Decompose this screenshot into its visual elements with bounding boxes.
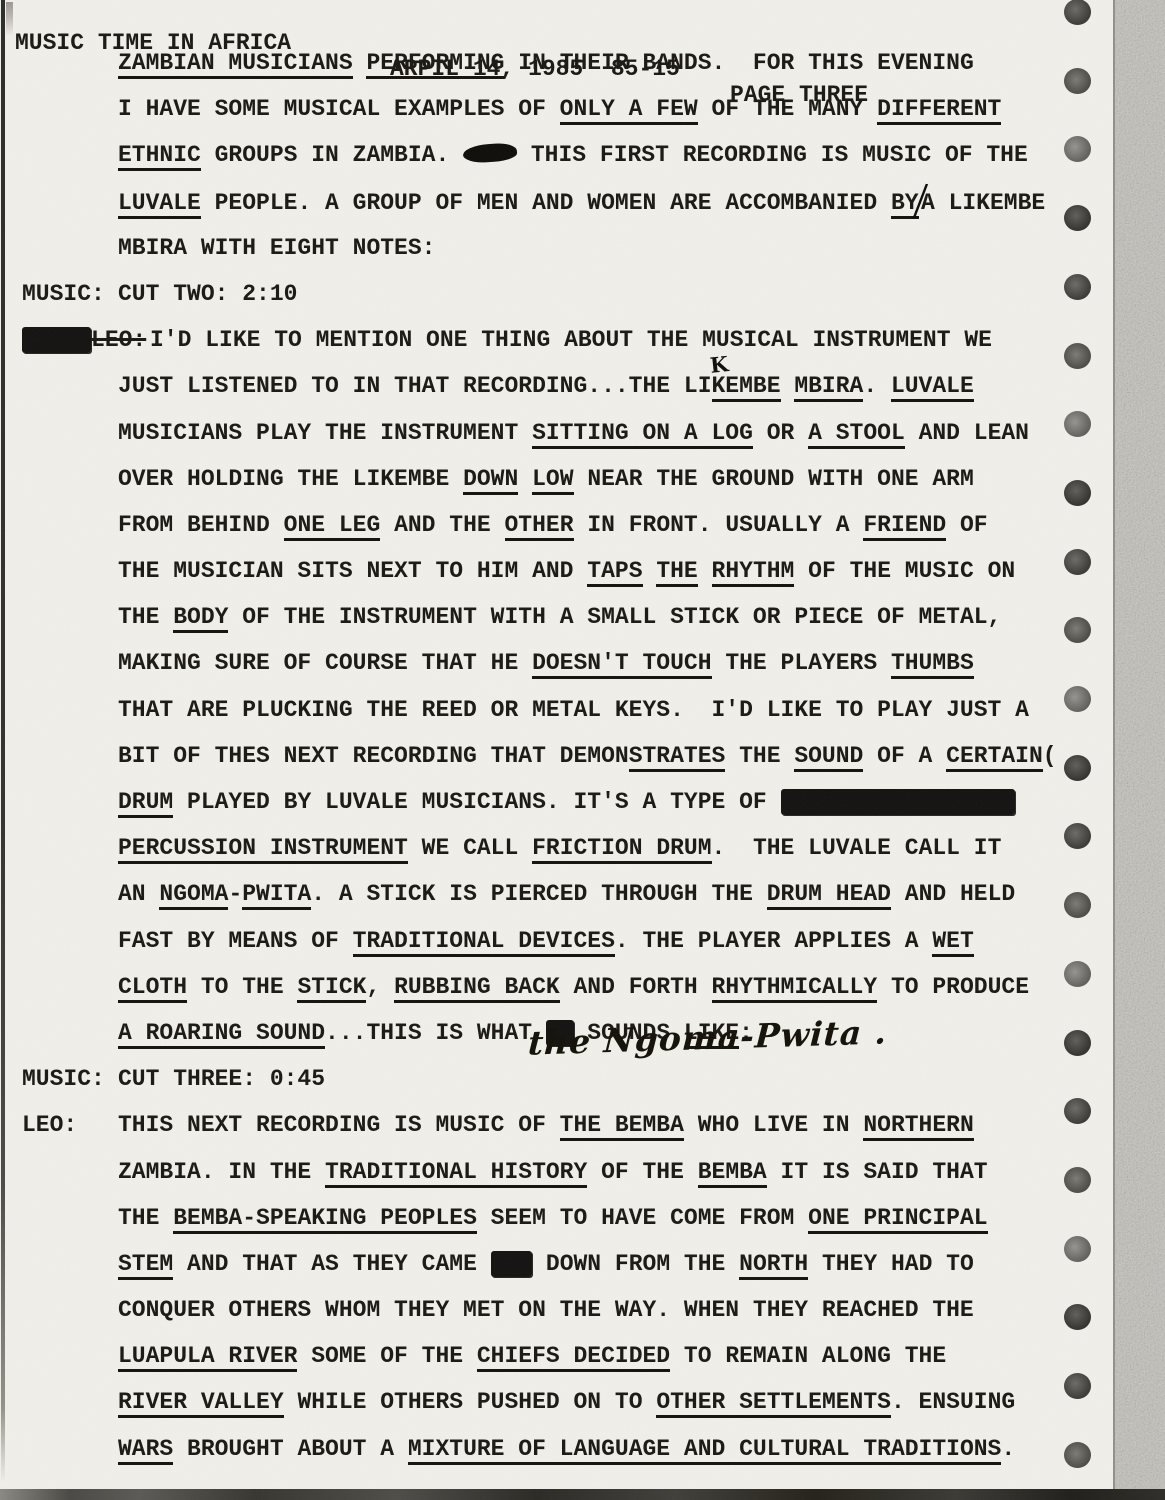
text-segment: OR	[753, 420, 808, 446]
text-segment: OF THE MUSIC ON	[794, 558, 1015, 584]
underlined-text: DOWN	[463, 466, 518, 495]
text-segment: ...THIS IS WHAT	[325, 1020, 546, 1046]
underlined-text: BEMBA-SPEAKING PEOPLES	[173, 1205, 477, 1234]
underlined-text: ZAMBIAN MUSICIANS	[118, 50, 353, 79]
text-segment	[643, 558, 657, 584]
noise-texture	[1115, 0, 1165, 1500]
script-line: OVER HOLDING THE LIKEMBE DOWN LOW NEAR T…	[0, 456, 1120, 502]
script-line: MBIRA WITH EIGHT NOTES:	[0, 225, 1120, 271]
text-segment: . THE PLAYER APPLIES A	[615, 928, 932, 954]
text-segment: .	[1001, 1436, 1015, 1462]
underlined-text: MBIRA	[794, 373, 863, 402]
text-segment: SEEM TO HAVE COME FROM	[477, 1205, 808, 1231]
underlined-text: KEMBE	[712, 373, 781, 402]
text-segment: WHO LIVE IN	[684, 1112, 863, 1138]
scanned-document-page: MUSIC TIME IN AFRICA ARPIL 14, 1985 85-1…	[0, 0, 1165, 1500]
text-segment: OF THE INSTRUMENT WITH A SMALL STICK OR …	[228, 604, 1001, 630]
speaker-label-text: LEO:	[91, 327, 146, 353]
underlined-text: TAPS	[587, 558, 642, 587]
text-segment: AN	[118, 881, 159, 907]
text-segment: I HAVE SOME MUSICAL EXAMPLES OF	[118, 96, 560, 122]
script-line: THE MUSICIAN SITS NEXT TO HIM AND TAPS T…	[0, 548, 1120, 594]
underlined-text: RUBBING BACK	[394, 974, 560, 1003]
script-line: AN NGOMA-PWITA. A STICK IS PIERCED THROU…	[0, 871, 1120, 917]
underlined-text: LUAPULA RIVER	[118, 1343, 297, 1372]
redacted-text: XXXXX	[22, 327, 91, 353]
text-segment: OF A	[863, 743, 946, 769]
text-segment: AND HELD	[891, 881, 1015, 907]
script-line: MUSICIANS PLAY THE INSTRUMENT SITTING ON…	[0, 410, 1120, 456]
underlined-text: RIVER VALLEY	[118, 1389, 284, 1418]
text-segment: PEOPLE. A GROUP OF MEN AND WOMEN ARE ACC…	[201, 190, 891, 216]
text-segment: OF THE MANY	[698, 96, 877, 122]
speaker-label-text: MUSIC:	[22, 281, 105, 307]
underlined-text: CHIEFS DECIDED	[477, 1343, 670, 1372]
scribble-blob	[463, 143, 518, 165]
text-segment: THE	[118, 604, 173, 630]
underlined-text: TRADITIONAL HISTORY	[325, 1159, 587, 1188]
underlined-text: FRICTION DRUM	[532, 835, 711, 864]
text-segment: THE MUSICIAN SITS NEXT TO HIM AND	[118, 558, 587, 584]
text-segment: MBIRA WITH EIGHT NOTES:	[118, 235, 435, 261]
script-line: CONQUER OTHERS WHOM THEY MET ON THE WAY.…	[0, 1287, 1120, 1333]
text-segment: IN THEIR BANDS. FOR THIS EVENING	[504, 50, 973, 76]
underlined-text: A STOOL	[808, 420, 905, 449]
script-line: LEO:THIS NEXT RECORDING IS MUSIC OF THE …	[0, 1102, 1120, 1148]
script-line: ETHNIC GROUPS IN ZAMBIA. THIS FIRST RECO…	[0, 132, 1120, 178]
script-line: XXXXXLEO:I'D LIKE TO MENTION ONE THING A…	[0, 317, 1120, 363]
underlined-text: ONLY A FEW	[560, 96, 698, 125]
text-segment: THIS NEXT RECORDING IS MUSIC OF	[118, 1112, 560, 1138]
text-segment: TO THE	[187, 974, 297, 1000]
script-line: ZAMBIAN MUSICIANS PERFORMING IN THEIR BA…	[0, 40, 1120, 86]
text-segment: BIT OF THES NEXT RECORDING THAT DEMON	[118, 743, 629, 769]
script-line: ZAMBIA. IN THE TRADITIONAL HISTORY OF TH…	[0, 1149, 1120, 1195]
script-line: BIT OF THES NEXT RECORDING THAT DEMONSTR…	[0, 733, 1120, 779]
scan-bottom-edge	[0, 1489, 1165, 1500]
underlined-text: OTHER	[505, 512, 574, 541]
underlined-text: CLOTH	[118, 974, 187, 1003]
redacted-text: XXXXXXXXXXXXXXXXX	[781, 789, 1016, 815]
underlined-text: NORTH	[739, 1251, 808, 1280]
underlined-text: THE BEMBA	[560, 1112, 684, 1141]
text-segment: BROUGHT ABOUT A	[173, 1436, 408, 1462]
text-segment	[698, 558, 712, 584]
text-segment: IT IS SAID THAT	[767, 1159, 988, 1185]
underlined-text: LUVALE	[118, 190, 201, 219]
script-line: JUST LISTENED TO IN THAT RECORDING...THE…	[0, 363, 1120, 409]
underlined-text: NGOMA	[159, 881, 228, 910]
underlined-text: LOW	[532, 466, 573, 495]
script-line: FROM BEHIND ONE LEG AND THE OTHER IN FRO…	[0, 502, 1120, 548]
text-segment: -	[228, 881, 242, 907]
text-segment: A LIKEMBE	[921, 190, 1045, 216]
speaker-label: MUSIC:	[22, 1056, 105, 1102]
script-line: THE BODY OF THE INSTRUMENT WITH A SMALL …	[0, 594, 1120, 640]
underlined-text: BEMBA	[698, 1159, 767, 1188]
text-segment: FAST BY MEANS OF	[118, 928, 353, 954]
underlined-text: PERFORMING	[366, 50, 504, 79]
script-line: DRUM PLAYED BY LUVALE MUSICIANS. IT'S A …	[0, 779, 1120, 825]
text-segment: THAT ARE PLUCKING THE REED OR METAL KEYS…	[118, 697, 1029, 723]
text-segment	[781, 373, 795, 399]
underlined-text: DIFFERENT	[877, 96, 1001, 125]
script-line: THAT ARE PLUCKING THE REED OR METAL KEYS…	[0, 687, 1120, 733]
text-segment: ZAMBIA. IN THE	[118, 1159, 325, 1185]
document-header: MUSIC TIME IN AFRICA ARPIL 14, 1985 85-1…	[0, 4, 1165, 40]
underlined-text: WET	[932, 928, 973, 957]
text-segment: FROM BEHIND	[118, 512, 284, 538]
underlined-text: WARS	[118, 1436, 173, 1465]
underlined-text: PERCUSSION INSTRUMENT	[118, 835, 408, 864]
speaker-label: MUSIC:	[22, 271, 105, 317]
text-segment: CUT TWO: 2:10	[118, 281, 297, 307]
underlined-text: THE	[656, 558, 697, 587]
text-segment: THIS FIRST RECORDING IS MUSIC OF THE	[517, 142, 1028, 168]
underlined-text: STICK	[297, 974, 366, 1003]
text-segment: PLAYED BY LUVALE MUSICIANS. IT'S A TYPE …	[173, 789, 780, 815]
underlined-text: RHYTHM	[712, 558, 795, 587]
underlined-text: ONE LEG	[284, 512, 381, 541]
text-segment: (	[1043, 743, 1057, 769]
script-line: FAST BY MEANS OF TRADITIONAL DEVICES. TH…	[0, 918, 1120, 964]
text-segment: AND LEAN	[905, 420, 1029, 446]
underlined-text: FRIEND	[863, 512, 946, 541]
text-segment: THE	[725, 743, 794, 769]
text-segment: CONQUER OTHERS WHOM THEY MET ON THE WAY.…	[118, 1297, 974, 1323]
text-segment: OF THE	[587, 1159, 697, 1185]
underlined-text: PWITA	[242, 881, 311, 910]
underlined-text: STEM	[118, 1251, 173, 1280]
script-line: MAKING SURE OF COURSE THAT HE DOESN'T TO…	[0, 640, 1120, 686]
underlined-text: DRUM	[118, 789, 173, 818]
text-segment: JUST LISTENED TO IN THAT RECORDING...THE…	[118, 373, 712, 399]
script-line: MUSIC:CUT TWO: 2:10	[0, 271, 1120, 317]
underlined-text: SOUND	[794, 743, 863, 772]
text-segment: TO PRODUCE	[877, 974, 1029, 1000]
correction-anchor: KKEMBE	[712, 373, 781, 399]
redacted-text: XXX	[491, 1251, 532, 1277]
script-line: CLOTH TO THE STICK, RUBBING BACK AND FOR…	[0, 964, 1120, 1010]
text-segment: NEAR THE GROUND WITH ONE ARM	[574, 466, 974, 492]
underlined-text: LUVALE	[891, 373, 974, 402]
script-line: RIVER VALLEY WHILE OTHERS PUSHED ON TO O…	[0, 1379, 1120, 1425]
underlined-text: NORTHERN	[863, 1112, 973, 1141]
text-segment: AND THAT AS THEY CAME	[173, 1251, 490, 1277]
text-segment: . THE LUVALE CALL IT	[712, 835, 1002, 861]
text-segment: GROUPS IN ZAMBIA.	[201, 142, 463, 168]
speaker-label: XXXXXLEO:	[22, 317, 146, 363]
speaker-label-text: MUSIC:	[22, 1066, 105, 1092]
speaker-label-text: LEO:	[22, 1112, 77, 1138]
underlined-text: ONE PRINCIPAL	[808, 1205, 987, 1234]
text-segment: . A STICK IS PIERCED THROUGH THE	[311, 881, 766, 907]
script-line: LUVALE PEOPLE. A GROUP OF MEN AND WOMEN …	[0, 179, 1120, 225]
text-segment: IN FRONT. USUALLY A	[574, 512, 864, 538]
text-segment: ,	[366, 974, 394, 1000]
text-segment: WHILE OTHERS PUSHED ON TO	[284, 1389, 657, 1415]
text-segment: MAKING SURE OF COURSE THAT HE	[118, 650, 532, 676]
handwritten-correction: K	[708, 353, 728, 376]
underlined-text: CERTAIN	[946, 743, 1043, 772]
text-segment: DOWN FROM THE	[532, 1251, 739, 1277]
script-line: LUAPULA RIVER SOME OF THE CHIEFS DECIDED…	[0, 1333, 1120, 1379]
script-body: ZAMBIAN MUSICIANS PERFORMING IN THEIR BA…	[0, 40, 1120, 1472]
text-segment: SOME OF THE	[297, 1343, 476, 1369]
underlined-text: OTHER SETTLEMENTS	[656, 1389, 891, 1418]
scan-edge-texture	[1113, 0, 1165, 1500]
script-line: PERCUSSION INSTRUMENT WE CALL FRICTION D…	[0, 825, 1120, 871]
text-segment	[518, 466, 532, 492]
text-segment: THE PLAYERS	[712, 650, 891, 676]
text-segment: AND FORTH	[560, 974, 712, 1000]
underlined-text: A ROARING SOUND	[118, 1020, 325, 1049]
text-segment: WE CALL	[408, 835, 532, 861]
script-line: WARS BROUGHT ABOUT A MIXTURE OF LANGUAGE…	[0, 1426, 1120, 1472]
underlined-text: TRADITIONAL DEVICES	[353, 928, 615, 957]
script-line: MUSIC:CUT THREE: 0:45	[0, 1056, 1120, 1102]
text-segment: .	[863, 373, 891, 399]
script-line: I HAVE SOME MUSICAL EXAMPLES OF ONLY A F…	[0, 86, 1120, 132]
text-segment: OF	[946, 512, 987, 538]
text-segment: CUT THREE: 0:45	[118, 1066, 325, 1092]
text-segment: OVER HOLDING THE LIKEMBE	[118, 466, 463, 492]
underlined-text: DRUM HEAD	[767, 881, 891, 910]
text-segment: MUSICIANS PLAY THE INSTRUMENT	[118, 420, 532, 446]
script-line: STEM AND THAT AS THEY CAME XXX DOWN FROM…	[0, 1241, 1120, 1287]
speaker-label: LEO:	[22, 1102, 77, 1148]
text-segment: . ENSUING	[891, 1389, 1015, 1415]
underlined-text: DOESN'T TOUCH	[532, 650, 711, 679]
underlined-text: STRATES	[629, 743, 726, 772]
underlined-text: MIXTURE OF LANGUAGE AND CULTURAL TRADITI…	[408, 1436, 1002, 1465]
text-segment: TO REMAIN ALONG THE	[670, 1343, 946, 1369]
text-segment: THEY HAD TO	[808, 1251, 974, 1277]
underlined-text: ETHNIC	[118, 142, 201, 171]
text-segment	[353, 50, 367, 76]
underlined-text: THUMBS	[891, 650, 974, 679]
text-segment: THE	[118, 1205, 173, 1231]
underlined-text: RHYTHMICALLY	[712, 974, 878, 1003]
text-segment: I'D LIKE TO MENTION ONE THING ABOUT THE …	[150, 327, 992, 353]
underlined-text: SITTING ON A LOG	[532, 420, 753, 449]
text-segment: AND THE	[380, 512, 504, 538]
script-line: THE BEMBA-SPEAKING PEOPLES SEEM TO HAVE …	[0, 1195, 1120, 1241]
underlined-text: BODY	[173, 604, 228, 633]
